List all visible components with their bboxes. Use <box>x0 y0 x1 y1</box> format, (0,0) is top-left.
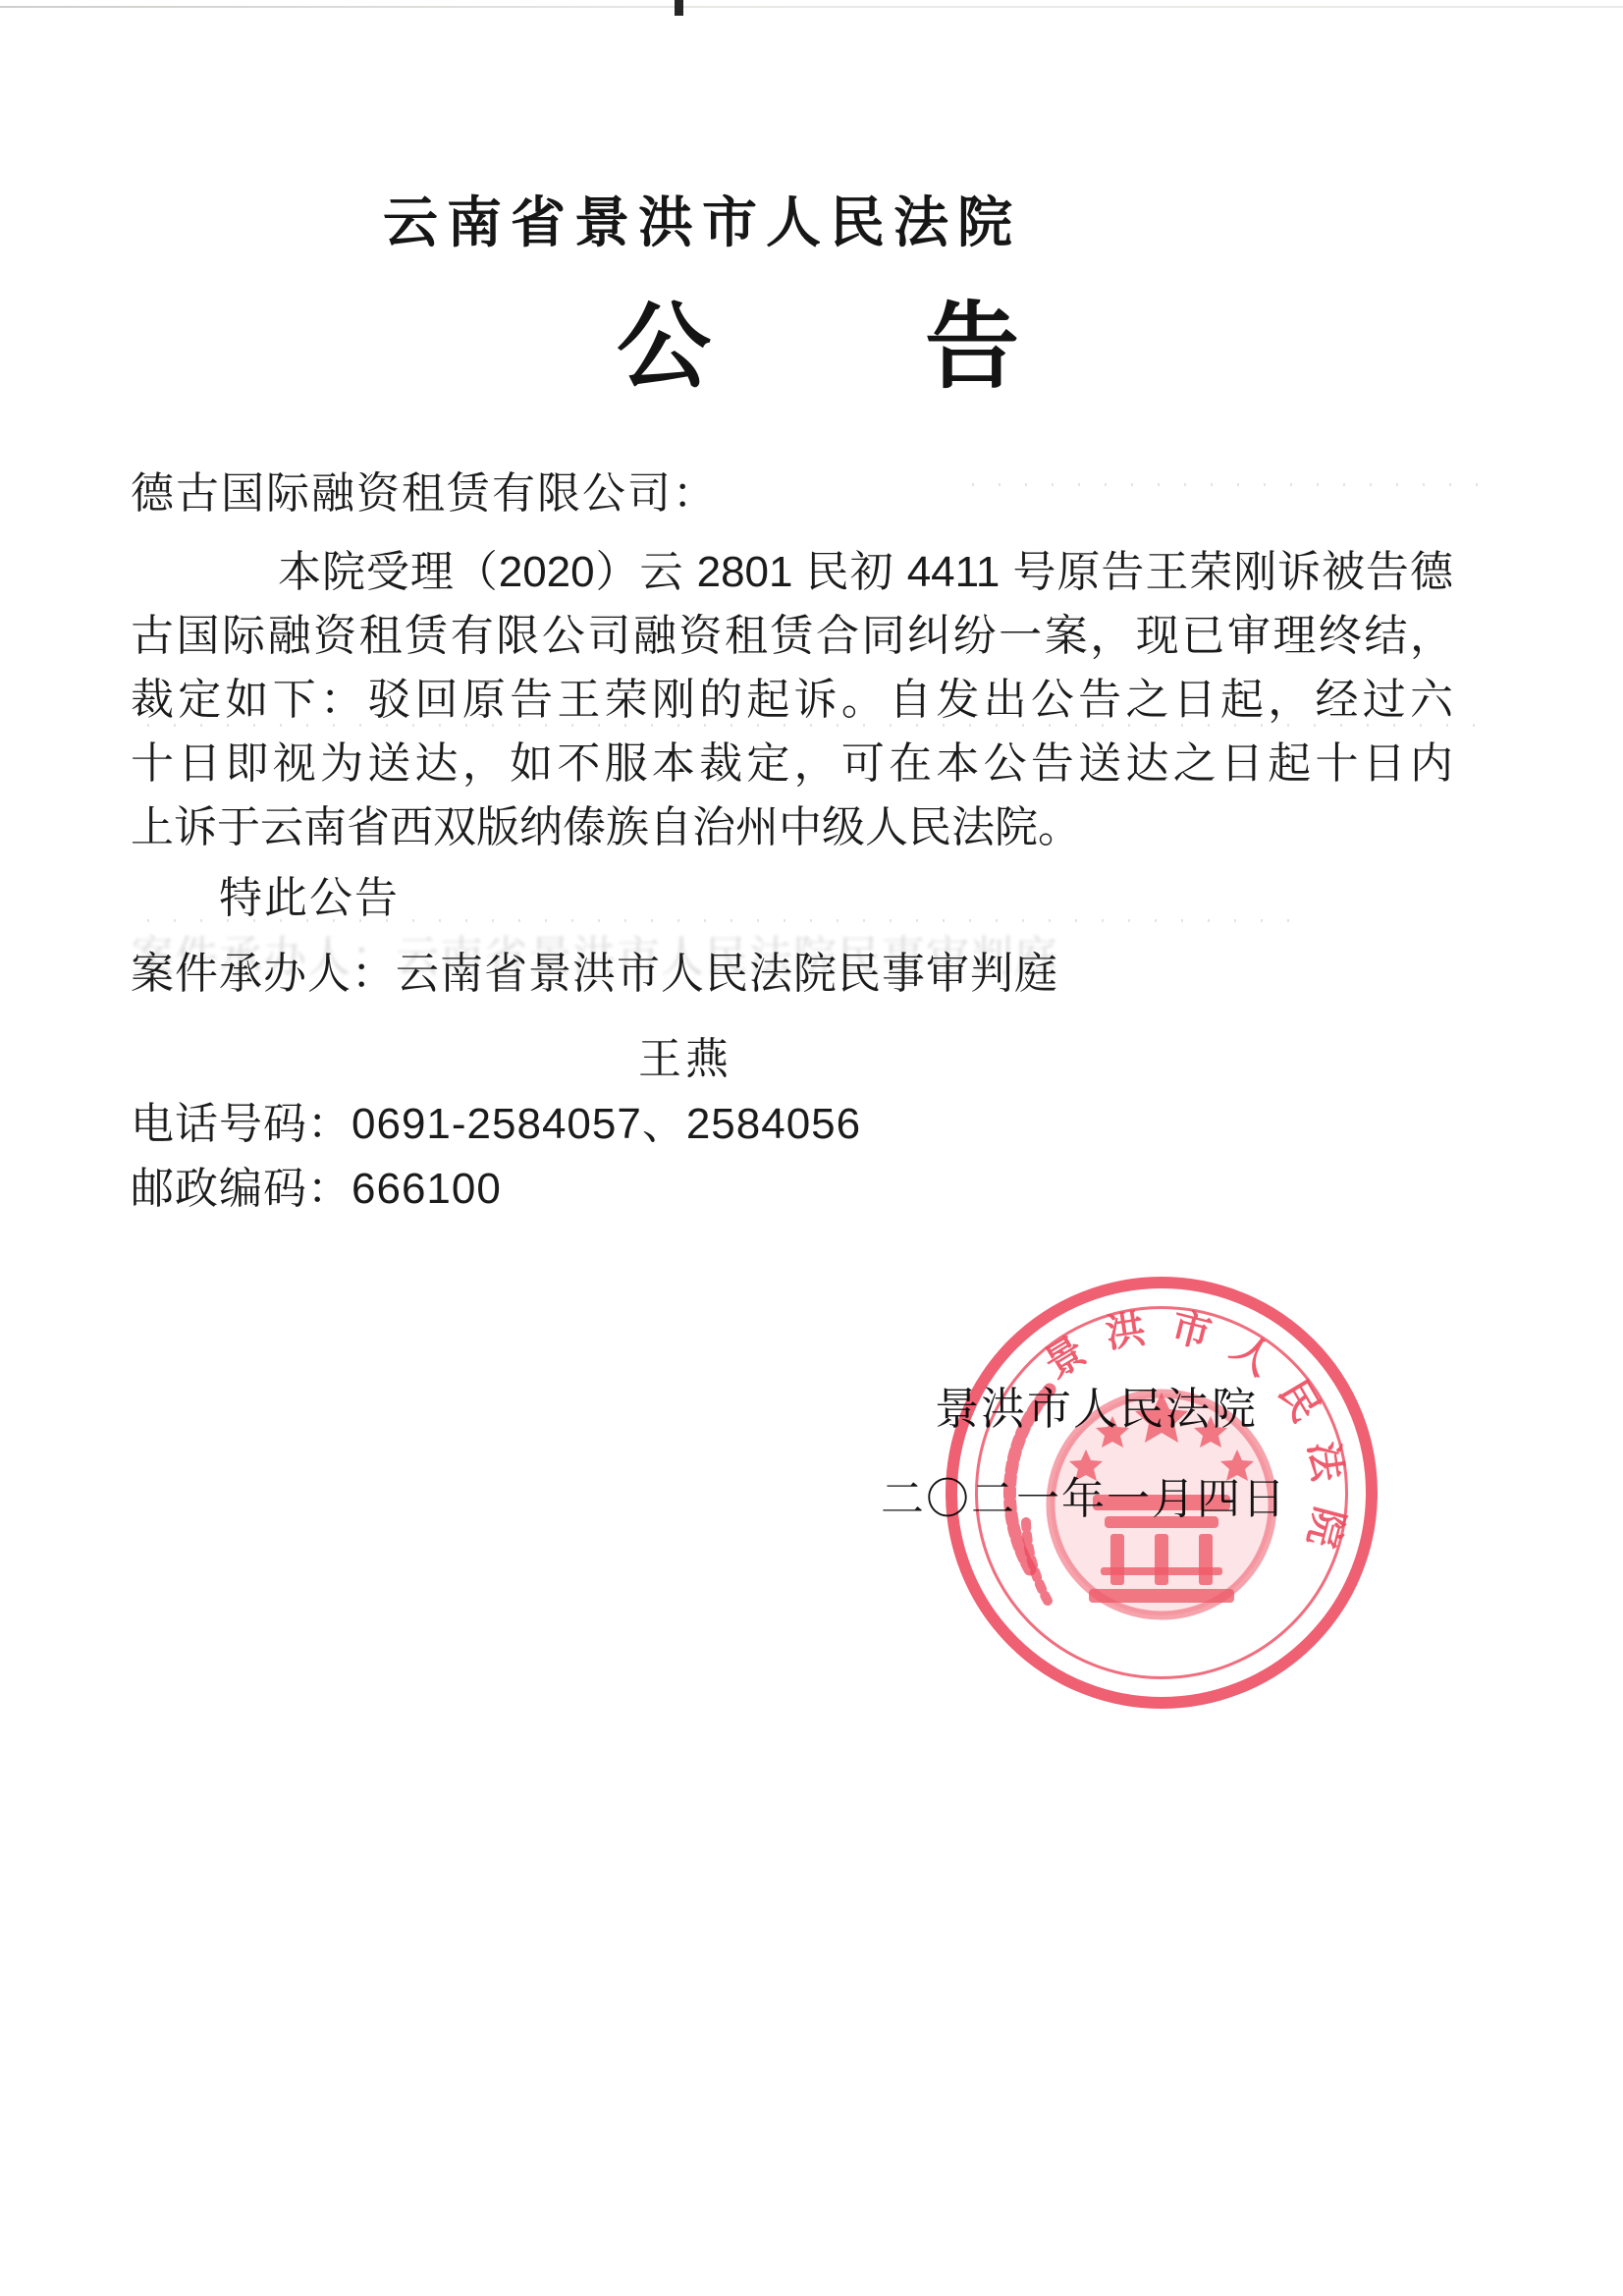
body-line: 十日即视为送达，如不服本裁定，可在本公告送达之日起十日内 <box>131 732 1453 795</box>
heading-char-gong: 公 <box>617 301 711 395</box>
case-handler-line: 案件承办人：云南省景洪市人民法院民事审判庭 <box>131 938 1058 1001</box>
phone-line: 电话号码：0691-2584057、2584056 <box>131 1088 861 1151</box>
court-announcement-page: 云南省景洪市人民法院 公 告 德古国际融资租赁有限公司： 本院受理（2020）云… <box>0 0 1623 2296</box>
signature-date: 二〇二一年一月四日 <box>881 1463 1287 1526</box>
svg-text:景洪市人民法院: 景洪市人民法院 <box>1037 1304 1351 1572</box>
signature-court-name: 景洪市人民法院 <box>935 1373 1258 1437</box>
handler-name: 王燕 <box>638 1023 732 1086</box>
heading-char-gao: 告 <box>925 301 1019 395</box>
announcement-body: 本院受理（2020）云 2801 民初 4411 号原告王荣刚诉被告德 古国际融… <box>131 540 1453 859</box>
scan-artifact-mark <box>675 0 683 16</box>
scan-artifact-line <box>0 6 1623 8</box>
seal-arc-text: 景洪市人民法院 <box>1037 1304 1351 1572</box>
body-line: 本院受理（2020）云 2801 民初 4411 号原告王荣刚诉被告德 <box>131 540 1453 604</box>
body-line: 古国际融资租赁有限公司融资租赁合同纠纷一案，现已审理终结， <box>131 604 1453 668</box>
announcement-heading: 公 告 <box>617 301 1019 395</box>
closing-line: 特此公告 <box>219 862 400 925</box>
body-line: 裁定如下：驳回原告王荣刚的起诉。自发出公告之日起，经过六 <box>131 668 1453 732</box>
body-line: 上诉于云南省西双版纳傣族自治州中级人民法院。 <box>131 795 1453 859</box>
recipient-line: 德古国际融资租赁有限公司： <box>131 458 1456 520</box>
postal-line: 邮政编码：666100 <box>131 1153 502 1216</box>
court-title: 云南省景洪市人民法院 <box>383 180 1021 258</box>
